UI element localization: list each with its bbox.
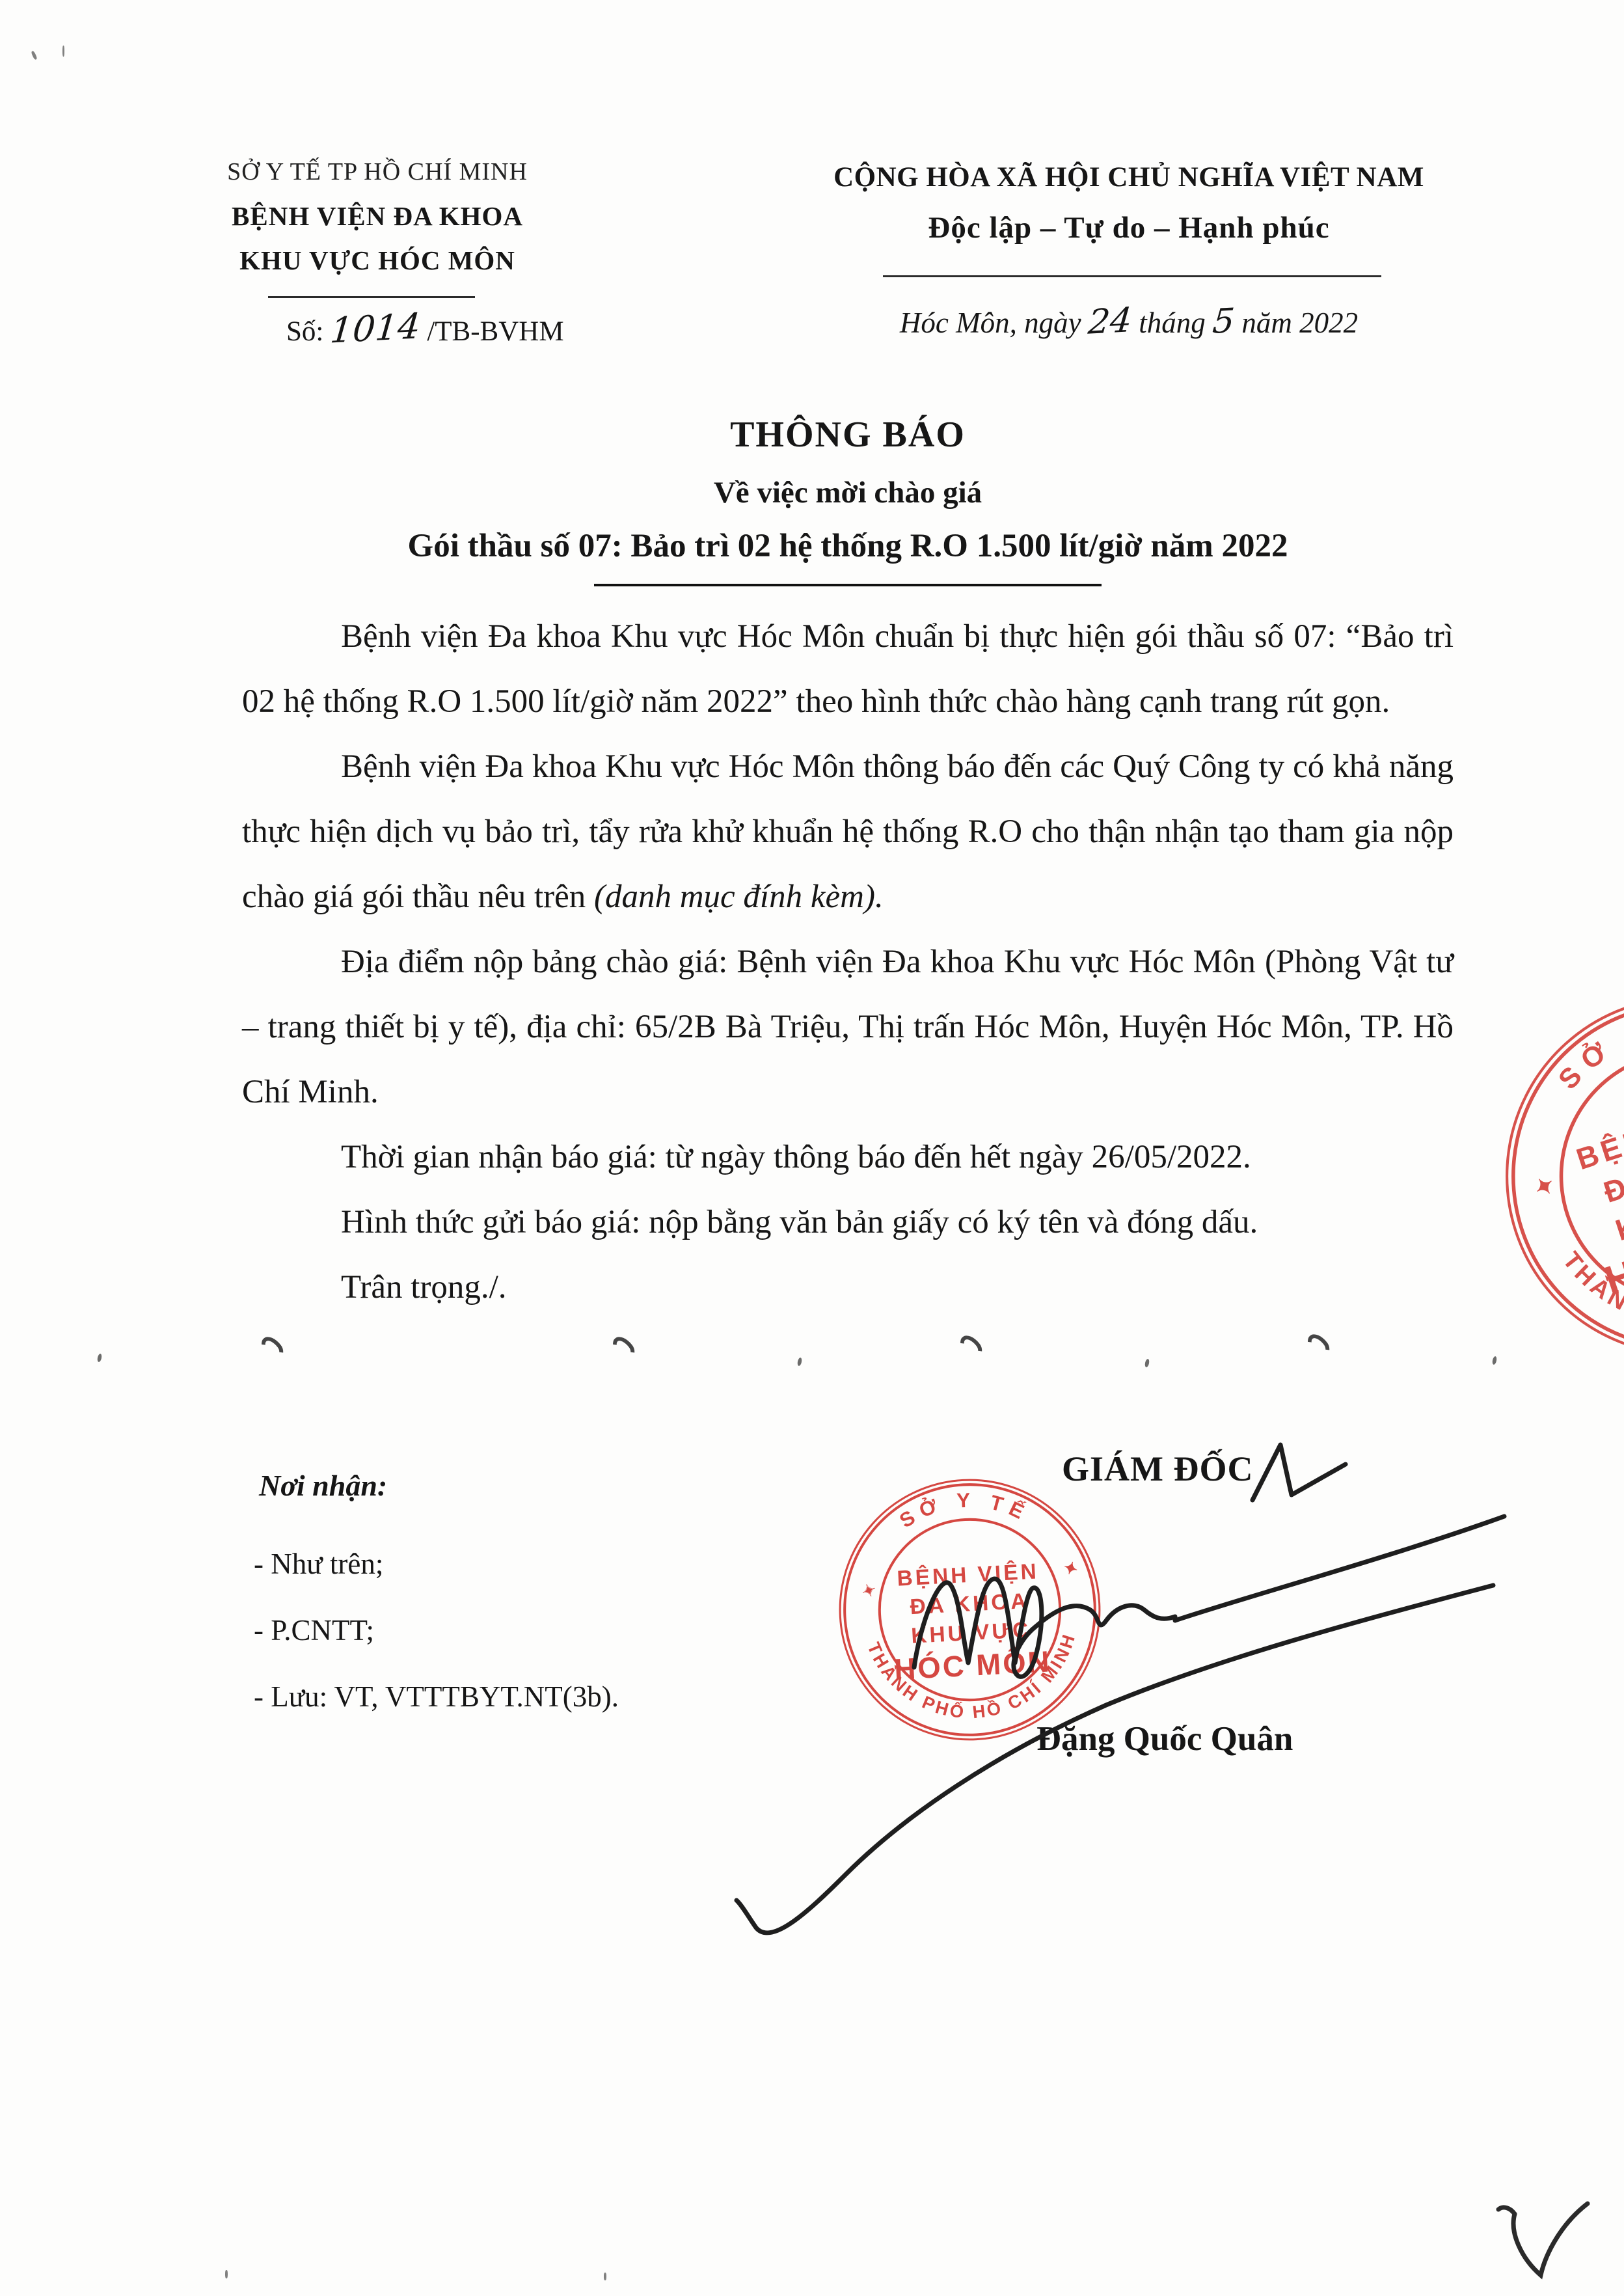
scan-speck <box>225 2270 228 2278</box>
paragraph-6-closing: Trân trọng./. <box>242 1255 1454 1320</box>
hospital-round-stamp-edge: SỞ Y TẾ THÀNH PHỐ HỒ CHÍ MINH ✦ BỆNH VIỆ… <box>1452 942 1624 1410</box>
document-title: THÔNG BÁO <box>242 414 1454 456</box>
date-suffix: năm 2022 <box>1241 307 1358 339</box>
paragraph-3: Địa điểm nộp bảng chào giá: Bệnh viện Đa… <box>242 929 1454 1125</box>
date-day-handwritten: 24 <box>1087 303 1133 339</box>
place-date-line: Hóc Môn, ngày 24 tháng 5 năm 2022 <box>768 305 1490 340</box>
stamp-center-line1: BỆNH VIỆN <box>1572 1084 1624 1176</box>
recipient-item: - Như trên; <box>254 1531 619 1597</box>
document-number-label: Số: <box>286 316 323 347</box>
ink-dot <box>797 1358 803 1367</box>
paragraph-2-italic: (danh mục đính kèm). <box>594 879 884 915</box>
pen-check-mark <box>1490 2192 1620 2296</box>
body-text: Bệnh viện Đa khoa Khu vực Hóc Môn chuẩn … <box>242 604 1454 1320</box>
stamp-star-left: ✦ <box>1529 1170 1561 1203</box>
issuer-block: SỞ Y TẾ TP HỒ CHÍ MINH BỆNH VIỆN ĐA KHOA… <box>215 157 540 276</box>
ink-smudge <box>608 1333 639 1365</box>
ink-dot <box>97 1354 103 1363</box>
issuer-hospital-line1: BỆNH VIỆN ĐA KHOA <box>215 200 540 232</box>
date-mid: tháng <box>1139 307 1206 339</box>
date-prefix: Hóc Môn, ngày <box>900 307 1081 339</box>
national-title: CỘNG HÒA XÃ HỘI CHỦ NGHĨA VIỆT NAM <box>768 161 1490 193</box>
ink-dot <box>1492 1356 1498 1365</box>
ink-dot <box>1144 1359 1150 1368</box>
ink-smudge <box>1303 1330 1334 1362</box>
issuer-authority: SỞ Y TẾ TP HỒ CHÍ MINH <box>215 157 540 186</box>
paragraph-2: Bệnh viện Đa khoa Khu vực Hóc Môn thông … <box>242 734 1454 929</box>
paragraph-4: Thời gian nhận báo giá: từ ngày thông bá… <box>242 1125 1454 1190</box>
scan-speck <box>62 46 64 57</box>
package-title: Gói thầu số 07: Bảo trì 02 hệ thống R.O … <box>242 527 1454 565</box>
recipients-list: - Như trên; - P.CNTT; - Lưu: VT, VTTTBYT… <box>254 1531 619 1730</box>
issuer-underline <box>268 296 475 298</box>
ink-smudge <box>257 1333 288 1365</box>
document-subtitle: Về việc mời chào giá <box>242 475 1454 510</box>
recipients-title: Nơi nhận: <box>259 1468 387 1503</box>
recipient-item: - Lưu: VT, VTTTBYT.NT(3b). <box>254 1663 619 1730</box>
date-month-handwritten: 5 <box>1211 304 1236 339</box>
national-motto-block: CỘNG HÒA XÃ HỘI CHỦ NGHĨA VIỆT NAM Độc l… <box>768 161 1490 245</box>
paragraph-1: Bệnh viện Đa khoa Khu vực Hóc Môn chuẩn … <box>242 604 1454 734</box>
national-motto: Độc lập – Tự do – Hạnh phúc <box>768 210 1490 245</box>
motto-underline <box>883 275 1381 277</box>
title-underline <box>594 584 1102 586</box>
document-number-suffix: /TB-BVHM <box>427 316 563 347</box>
recipient-item: - P.CNTT; <box>254 1597 619 1663</box>
paragraph-5: Hình thức gửi báo giá: nộp bằng văn bản … <box>242 1190 1454 1255</box>
ink-smudge <box>956 1332 986 1363</box>
scanned-document-page: SỞ Y TẾ TP HỒ CHÍ MINH BỆNH VIỆN ĐA KHOA… <box>0 0 1624 2296</box>
document-number-line: Số: 1014 /TB-BVHM <box>286 311 564 348</box>
issuer-hospital-line2: KHU VỰC HÓC MÔN <box>215 245 540 276</box>
scan-speck <box>604 2273 606 2280</box>
document-number-handwritten: 1014 <box>329 308 422 348</box>
stamp-top-arc-text: SỞ Y TẾ <box>1544 989 1624 1100</box>
scan-speck <box>31 51 37 61</box>
signature-ink <box>709 1425 1529 1959</box>
